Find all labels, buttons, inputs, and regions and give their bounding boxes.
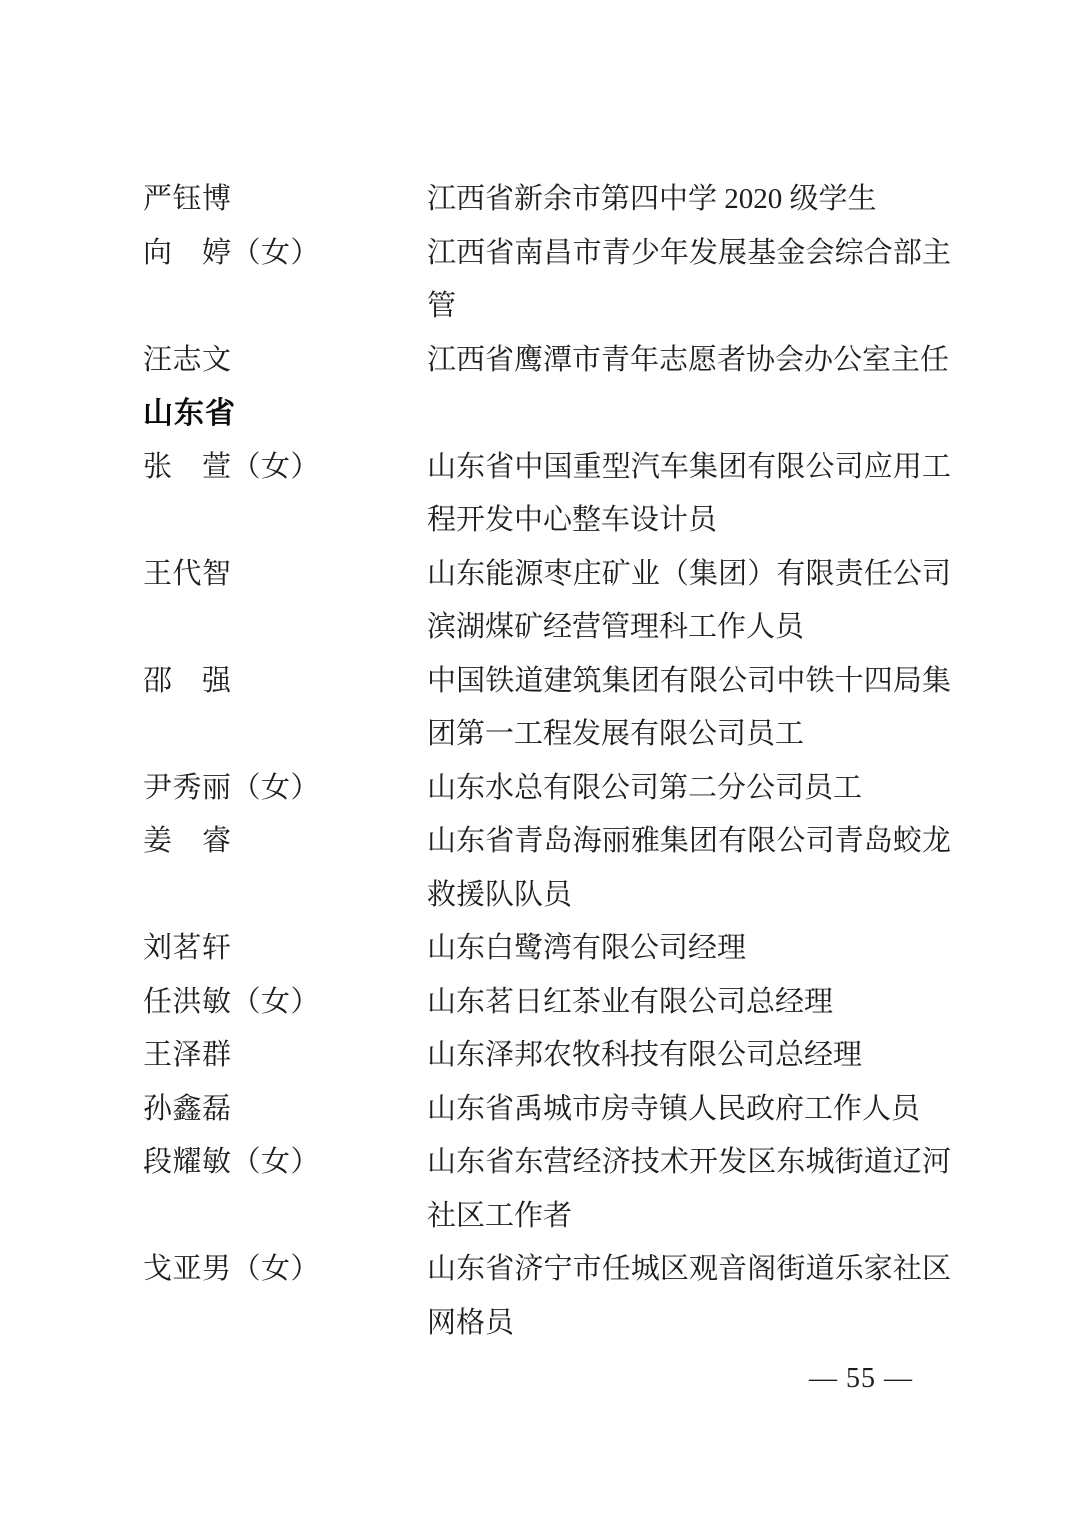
entry-name: 孙鑫磊 bbox=[143, 1083, 427, 1137]
entry-name: 姜 睿 bbox=[143, 815, 427, 869]
list-entry: 王代智 山东能源枣庄矿业（集团）有限责任公司滨湖煤矿经营管理科工作人员 bbox=[143, 548, 953, 655]
list-entry: 刘茗轩 山东白鹭湾有限公司经理 bbox=[143, 922, 953, 976]
entry-name: 王泽群 bbox=[143, 1029, 427, 1083]
section-header-shandong: 山东省 bbox=[143, 387, 953, 441]
entry-description: 山东省青岛海丽雅集团有限公司青岛蛟龙救援队队员 bbox=[427, 815, 951, 922]
page-number: — 55 — bbox=[809, 1362, 913, 1396]
recipient-list: 严钰博 江西省新余市第四中学 2020 级学生 向 婷（女） 江西省南昌市青少年… bbox=[143, 173, 953, 1350]
list-entry: 段耀敏（女） 山东省东营经济技术开发区东城街道辽河社区工作者 bbox=[143, 1136, 953, 1243]
list-entry: 尹秀丽（女） 山东水总有限公司第二分公司员工 bbox=[143, 762, 953, 816]
entry-name: 严钰博 bbox=[143, 173, 427, 227]
entry-name: 向 婷（女） bbox=[143, 227, 427, 281]
entry-description: 山东省东营经济技术开发区东城街道辽河社区工作者 bbox=[427, 1136, 951, 1243]
list-entry: 汪志文 江西省鹰潭市青年志愿者协会办公室主任 bbox=[143, 334, 953, 388]
entry-name: 戈亚男（女） bbox=[143, 1243, 427, 1297]
list-entry: 向 婷（女） 江西省南昌市青少年发展基金会综合部主管 bbox=[143, 227, 953, 334]
list-entry: 邵 强 中国铁道建筑集团有限公司中铁十四局集团第一工程发展有限公司员工 bbox=[143, 655, 953, 762]
list-entry: 张 萱（女） 山东省中国重型汽车集团有限公司应用工程开发中心整车设计员 bbox=[143, 441, 953, 548]
document-page: 严钰博 江西省新余市第四中学 2020 级学生 向 婷（女） 江西省南昌市青少年… bbox=[0, 0, 1080, 1526]
list-entry: 孙鑫磊 山东省禹城市房寺镇人民政府工作人员 bbox=[143, 1083, 953, 1137]
list-entry: 王泽群 山东泽邦农牧科技有限公司总经理 bbox=[143, 1029, 953, 1083]
entry-name: 王代智 bbox=[143, 548, 427, 602]
entry-description: 山东能源枣庄矿业（集团）有限责任公司滨湖煤矿经营管理科工作人员 bbox=[427, 548, 951, 655]
list-entry: 姜 睿 山东省青岛海丽雅集团有限公司青岛蛟龙救援队队员 bbox=[143, 815, 953, 922]
list-entry: 戈亚男（女） 山东省济宁市任城区观音阁街道乐家社区网格员 bbox=[143, 1243, 953, 1350]
entry-description: 山东茗日红茶业有限公司总经理 bbox=[427, 976, 951, 1030]
entry-description: 山东省中国重型汽车集团有限公司应用工程开发中心整车设计员 bbox=[427, 441, 951, 548]
entry-description: 江西省鹰潭市青年志愿者协会办公室主任 bbox=[427, 334, 951, 388]
entry-description: 山东水总有限公司第二分公司员工 bbox=[427, 762, 951, 816]
entry-name: 刘茗轩 bbox=[143, 922, 427, 976]
entry-description: 山东省禹城市房寺镇人民政府工作人员 bbox=[427, 1083, 951, 1137]
entry-description: 山东白鹭湾有限公司经理 bbox=[427, 922, 951, 976]
entry-name: 张 萱（女） bbox=[143, 441, 427, 495]
entry-description: 江西省南昌市青少年发展基金会综合部主管 bbox=[427, 227, 951, 334]
entry-description: 江西省新余市第四中学 2020 级学生 bbox=[427, 173, 951, 227]
entry-name: 尹秀丽（女） bbox=[143, 762, 427, 816]
entry-name: 邵 强 bbox=[143, 655, 427, 709]
entry-description: 山东省济宁市任城区观音阁街道乐家社区网格员 bbox=[427, 1243, 951, 1350]
entry-name: 段耀敏（女） bbox=[143, 1136, 427, 1190]
list-entry: 严钰博 江西省新余市第四中学 2020 级学生 bbox=[143, 173, 953, 227]
entry-name: 汪志文 bbox=[143, 334, 427, 388]
list-entry: 任洪敏（女） 山东茗日红茶业有限公司总经理 bbox=[143, 976, 953, 1030]
entry-name: 任洪敏（女） bbox=[143, 976, 427, 1030]
entry-description: 山东泽邦农牧科技有限公司总经理 bbox=[427, 1029, 951, 1083]
entry-description: 中国铁道建筑集团有限公司中铁十四局集团第一工程发展有限公司员工 bbox=[427, 655, 951, 762]
